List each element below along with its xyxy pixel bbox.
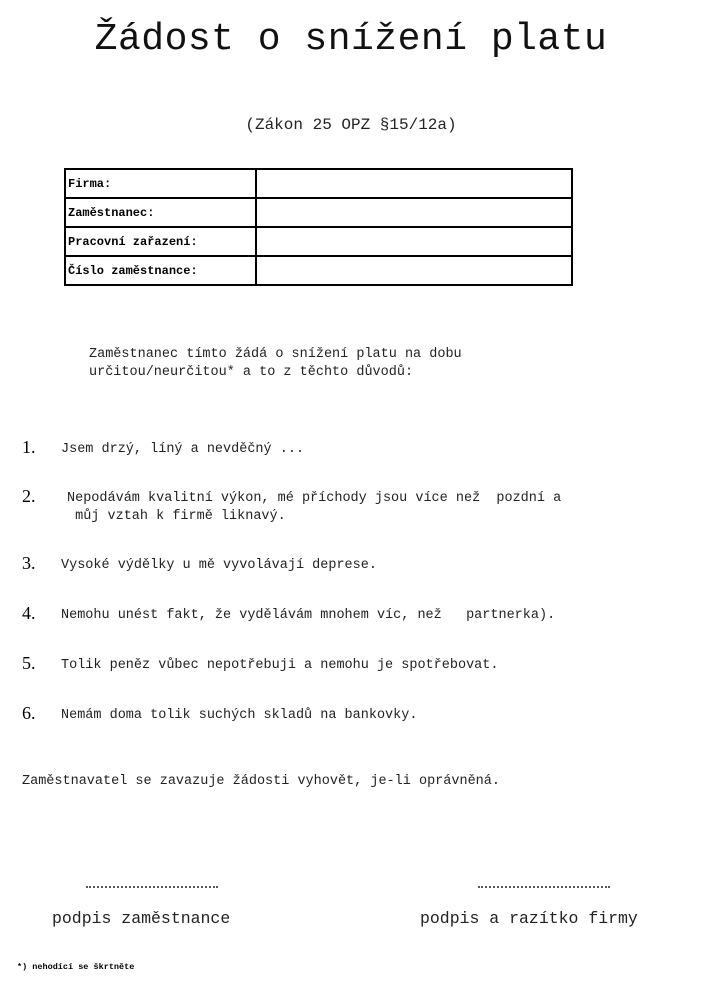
employee-signature-label: podpis zaměstnance bbox=[52, 909, 230, 928]
info-table: Firma: Zaměstnanec: Pracovní zařazení: Č… bbox=[64, 168, 573, 286]
employee-field[interactable] bbox=[256, 198, 572, 227]
position-label: Pracovní zařazení: bbox=[65, 227, 256, 256]
table-row: Zaměstnanec: bbox=[65, 198, 572, 227]
footnote: *) nehodící se škrtněte bbox=[17, 962, 134, 972]
firma-label: Firma: bbox=[65, 169, 256, 198]
table-row: Pracovní zařazení: bbox=[65, 227, 572, 256]
document-subtitle: (Zákon 25 OPZ §15/12a) bbox=[0, 116, 702, 134]
list-item: Nemám doma tolik suchých skladů na banko… bbox=[61, 707, 417, 725]
employee-number-field[interactable] bbox=[256, 256, 572, 285]
position-field[interactable] bbox=[256, 227, 572, 256]
document-title: Žádost o snížení platu bbox=[0, 18, 702, 61]
list-number: 2. bbox=[22, 486, 36, 507]
employee-number-label: Číslo zaměstnance: bbox=[65, 256, 256, 285]
list-item: Nemohu unést fakt, že vydělávám mnohem v… bbox=[61, 607, 555, 625]
list-item: Tolik peněz vůbec nepotřebuji a nemohu j… bbox=[61, 657, 498, 675]
list-item: Nepodávám kvalitní výkon, mé příchody js… bbox=[67, 490, 561, 526]
employee-signature-line bbox=[86, 886, 218, 888]
list-number: 3. bbox=[22, 553, 36, 574]
intro-paragraph: Zaměstnanec tímto žádá o snížení platu n… bbox=[89, 346, 462, 382]
company-signature-line bbox=[478, 886, 610, 888]
list-item: Vysoké výdělky u mě vyvolávají deprese. bbox=[61, 557, 377, 575]
list-number: 6. bbox=[22, 703, 36, 724]
list-item: Jsem drzý, líný a nevděčný ... bbox=[61, 441, 304, 459]
table-row: Číslo zaměstnance: bbox=[65, 256, 572, 285]
list-number: 4. bbox=[22, 603, 36, 624]
table-row: Firma: bbox=[65, 169, 572, 198]
employer-statement: Zaměstnavatel se zavazuje žádosti vyhově… bbox=[22, 774, 500, 789]
firma-field[interactable] bbox=[256, 169, 572, 198]
company-signature-label: podpis a razítko firmy bbox=[420, 909, 638, 928]
list-number: 1. bbox=[22, 437, 36, 458]
employee-label: Zaměstnanec: bbox=[65, 198, 256, 227]
list-number: 5. bbox=[22, 653, 36, 674]
